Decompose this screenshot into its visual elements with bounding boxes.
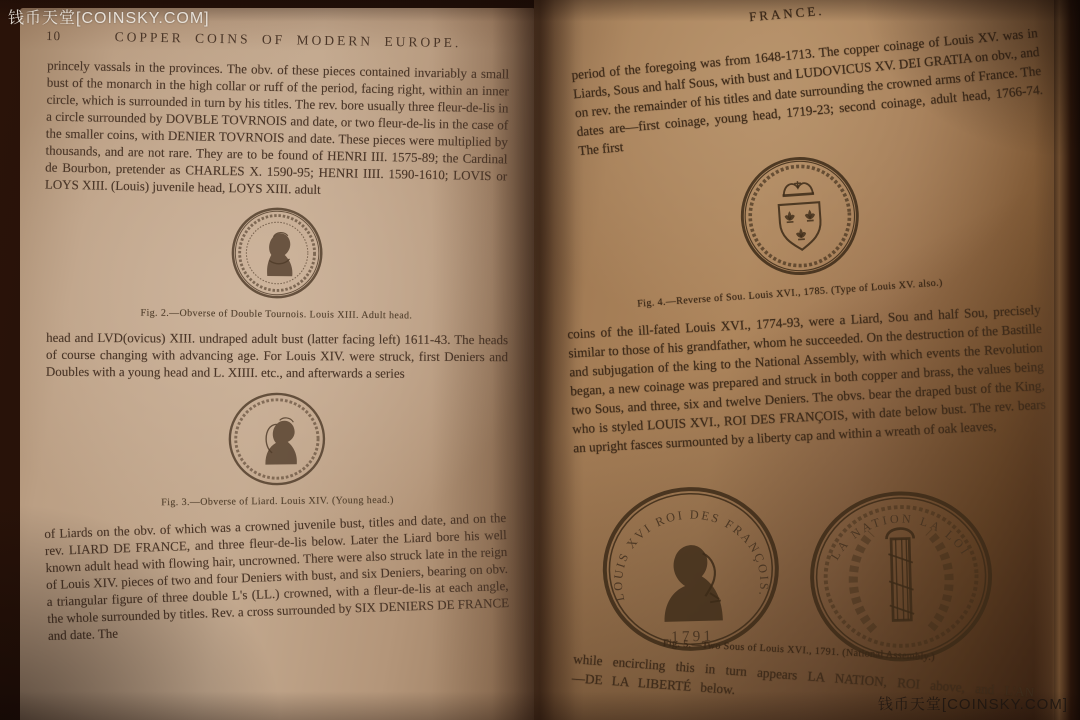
running-title: COPPER COINS OF MODERN EUROPE.: [98, 29, 508, 52]
figure-4: [678, 146, 922, 291]
fleur-de-lis-marks: [784, 209, 816, 241]
page-number: 10: [46, 28, 98, 45]
coin-liard-illustration: [225, 389, 328, 488]
left-paragraph-3: of Liards on the obv. of which was a cro…: [44, 509, 510, 644]
left-page-header: 10 COPPER COINS OF MODERN EUROPE.: [46, 28, 508, 52]
watermark-bottom-right: 钱币天堂[COINSKY.COM]: [878, 693, 1068, 714]
right-paragraph-1: period of the foregoing was from 1648-17…: [571, 23, 1046, 160]
coin-double-tournois-illustration: [229, 205, 326, 302]
coin-two-sous-reverse-illustration: LA NATION LA LOI: [796, 485, 1007, 668]
coin-sou-reverse-illustration: [734, 150, 866, 282]
figure-2: Fig. 2.—Obverse of Double Tournois. Loui…: [45, 203, 508, 323]
coin-two-sous-obverse-illustration: LOUIS XVI ROI DES FRANÇOIS. 1791: [590, 480, 792, 657]
coin-legend-right: LA NATION LA LOI: [827, 510, 974, 563]
left-page-content: 10 COPPER COINS OF MODERN EUROPE. prince…: [20, 8, 534, 636]
left-paragraph-2: head and LVD(ovicus) XIII. undraped adul…: [46, 329, 508, 382]
right-page: FRANCE. period of the foregoing was from…: [534, 0, 1054, 720]
figure-3: Fig. 3.—Obverse of Liard. Louis XIV. (Yo…: [45, 388, 508, 510]
right-paragraph-2: coins of the ill-fated Louis XVI., 1774-…: [567, 300, 1047, 458]
figure-2-caption: Fig. 2.—Obverse of Double Tournois. Loui…: [45, 307, 507, 323]
left-paragraph-1: princely vassals in the provinces. The o…: [45, 57, 510, 202]
book-photo: 10 COPPER COINS OF MODERN EUROPE. prince…: [0, 0, 1080, 720]
right-running-title: FRANCE.: [748, 3, 825, 26]
left-page: 10 COPPER COINS OF MODERN EUROPE. prince…: [20, 8, 534, 720]
svg-text:LA NATION LA LOI: LA NATION LA LOI: [827, 510, 974, 563]
figure-3-caption: Fig. 3.—Obverse of Liard. Louis XIV. (Yo…: [47, 494, 509, 510]
watermark-top-left: 钱币天堂[COINSKY.COM]: [8, 5, 210, 28]
